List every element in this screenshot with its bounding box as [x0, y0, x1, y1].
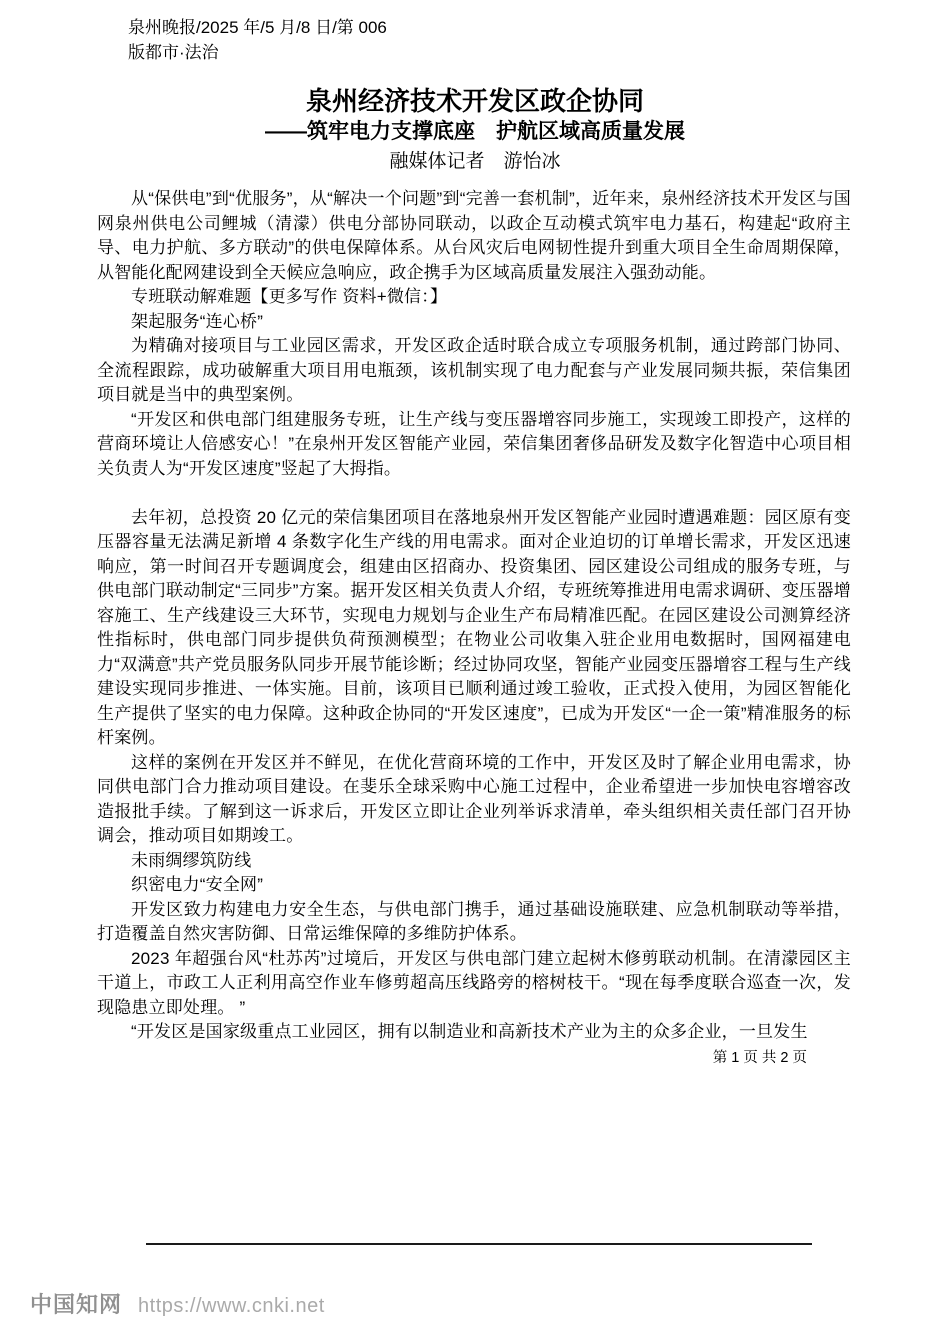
- article-paragraph: “开发区和供电部门组建服务专班，让生产线与变压器增容同步施工，实现竣工即投产，这…: [97, 408, 851, 482]
- source-date-line: 泉州晚报/2025 年/5 月/8 日/第 006: [128, 15, 950, 40]
- article-paragraph: 织密电力“安全网”: [97, 873, 851, 898]
- page-break-divider: [146, 1243, 812, 1245]
- article-paragraph: 这样的案例在开发区并不鲜见，在优化营商环境的工作中，开发区及时了解企业用电需求，…: [97, 751, 851, 849]
- page-number-indicator: 第 1 页 共 2 页: [97, 1046, 851, 1071]
- article-body: 从“保供电”到“优服务”，从“解决一个问题”到“完善一套机制”，近年来，泉州经济…: [97, 187, 851, 1045]
- article-paragraph: 从“保供电”到“优服务”，从“解决一个问题”到“完善一套机制”，近年来，泉州经济…: [97, 187, 851, 285]
- document-page: 泉州晚报/2025 年/5 月/8 日/第 006 版都市·法治 泉州经济技术开…: [0, 0, 950, 1344]
- article-byline: 融媒体记者 游怡冰: [0, 150, 950, 174]
- article-paragraph: 为精确对接项目与工业园区需求，开发区政企适时联合成立专项服务机制，通过跨部门协同…: [97, 334, 851, 408]
- edition-section-line: 版都市·法治: [128, 40, 950, 65]
- article-paragraph: 2023 年超强台风“杜苏芮”过境后，开发区与供电部门建立起树木修剪联动机制。在…: [97, 947, 851, 1021]
- cnki-url-text: https://www.cnki.net: [138, 1295, 325, 1318]
- cnki-brand-text: 中国知网: [30, 1288, 122, 1319]
- article-paragraph: “开发区是国家级重点工业园区，拥有以制造业和高新技术产业为主的众多企业，一旦发生: [97, 1020, 851, 1045]
- article-title: 泉州经济技术开发区政企协同: [0, 85, 950, 117]
- cnki-watermark: 中国知网 https://www.cnki.net: [30, 1288, 325, 1319]
- doc-header: 泉州晚报/2025 年/5 月/8 日/第 006 版都市·法治: [128, 0, 950, 65]
- article-paragraph: 开发区致力构建电力安全生态，与供电部门携手，通过基础设施联建、应急机制联动等举措…: [97, 898, 851, 947]
- article-paragraph: 专班联动解难题【更多写作 资料+微信：】: [97, 285, 851, 310]
- article-paragraph: 架起服务“连心桥”: [97, 310, 851, 335]
- article-paragraph: 去年初，总投资 20 亿元的荣信集团项目在落地泉州开发区智能产业园时遭遇难题：园…: [97, 506, 851, 751]
- article-paragraph: 未雨绸缪筑防线: [97, 849, 851, 874]
- article-subtitle: ——筑牢电力支撑底座 护航区域高质量发展: [0, 119, 950, 145]
